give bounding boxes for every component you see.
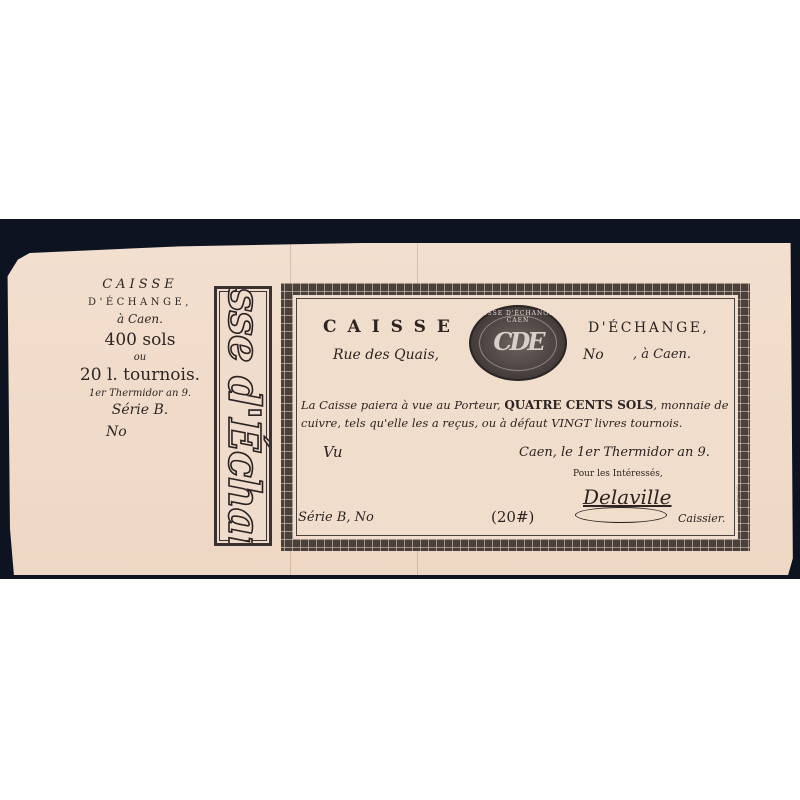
printer-mark: imprimerie (736, 484, 742, 512)
stub-series: Série B. (40, 402, 240, 418)
note-title-left: CAISSE (323, 317, 461, 337)
address-street: Rue des Quais, (333, 347, 439, 363)
serie-number: Série B, No (298, 510, 374, 525)
oval-seal: CAISSE D'ÉCHANGE À CAEN CDE (469, 305, 567, 381)
signature-flourish (575, 507, 667, 523)
promise-amount: QUATRE CENTS SOLS (504, 398, 653, 412)
address-number: No (583, 347, 604, 363)
stub-value-livres: 20 l. tournois. (40, 365, 240, 385)
stub-city: à Caen. (40, 312, 240, 326)
seal-monogram: CDE (471, 327, 565, 356)
pour-les-interesses: Pour les Intéressés, (573, 469, 663, 479)
stub-subtitle: D'ÉCHANGE, (40, 297, 240, 308)
note-title-right: D'ÉCHANGE, (588, 320, 709, 336)
cashier-signature: Delaville (583, 485, 672, 509)
stub-value-sols: 400 sols (40, 330, 240, 350)
seal-legend: CAISSE D'ÉCHANGE À CAEN (471, 310, 565, 324)
banknote-main: CAISSE CAISSE D'ÉCHANGE À CAEN CDE D'ÉCH… (293, 295, 738, 539)
stub-or: ou (40, 352, 240, 363)
caissier-label: Caissier. (678, 512, 725, 525)
stub-title: CAISSE (40, 277, 240, 292)
issue-date: Caen, le 1er Thermidor an 9. (519, 445, 710, 460)
stub-number: No (40, 424, 240, 440)
promise-text: La Caisse paiera à vue au Porteur, QUATR… (301, 396, 733, 432)
promise-text-part1: La Caisse paiera à vue au Porteur, (301, 398, 504, 412)
ornamental-vertical-panel: Caisse d'Échange (214, 286, 272, 546)
vu-label: Vu (323, 443, 343, 461)
ornamental-script-text: Caisse d'Échange (218, 286, 269, 546)
address-city: , à Caen. (633, 347, 691, 362)
counterfoil-stub: CAISSE D'ÉCHANGE, à Caen. 400 sols ou 20… (40, 277, 240, 440)
denomination-amount: (20#) (491, 508, 534, 526)
stub-date: 1er Thermidor an 9. (40, 388, 240, 399)
